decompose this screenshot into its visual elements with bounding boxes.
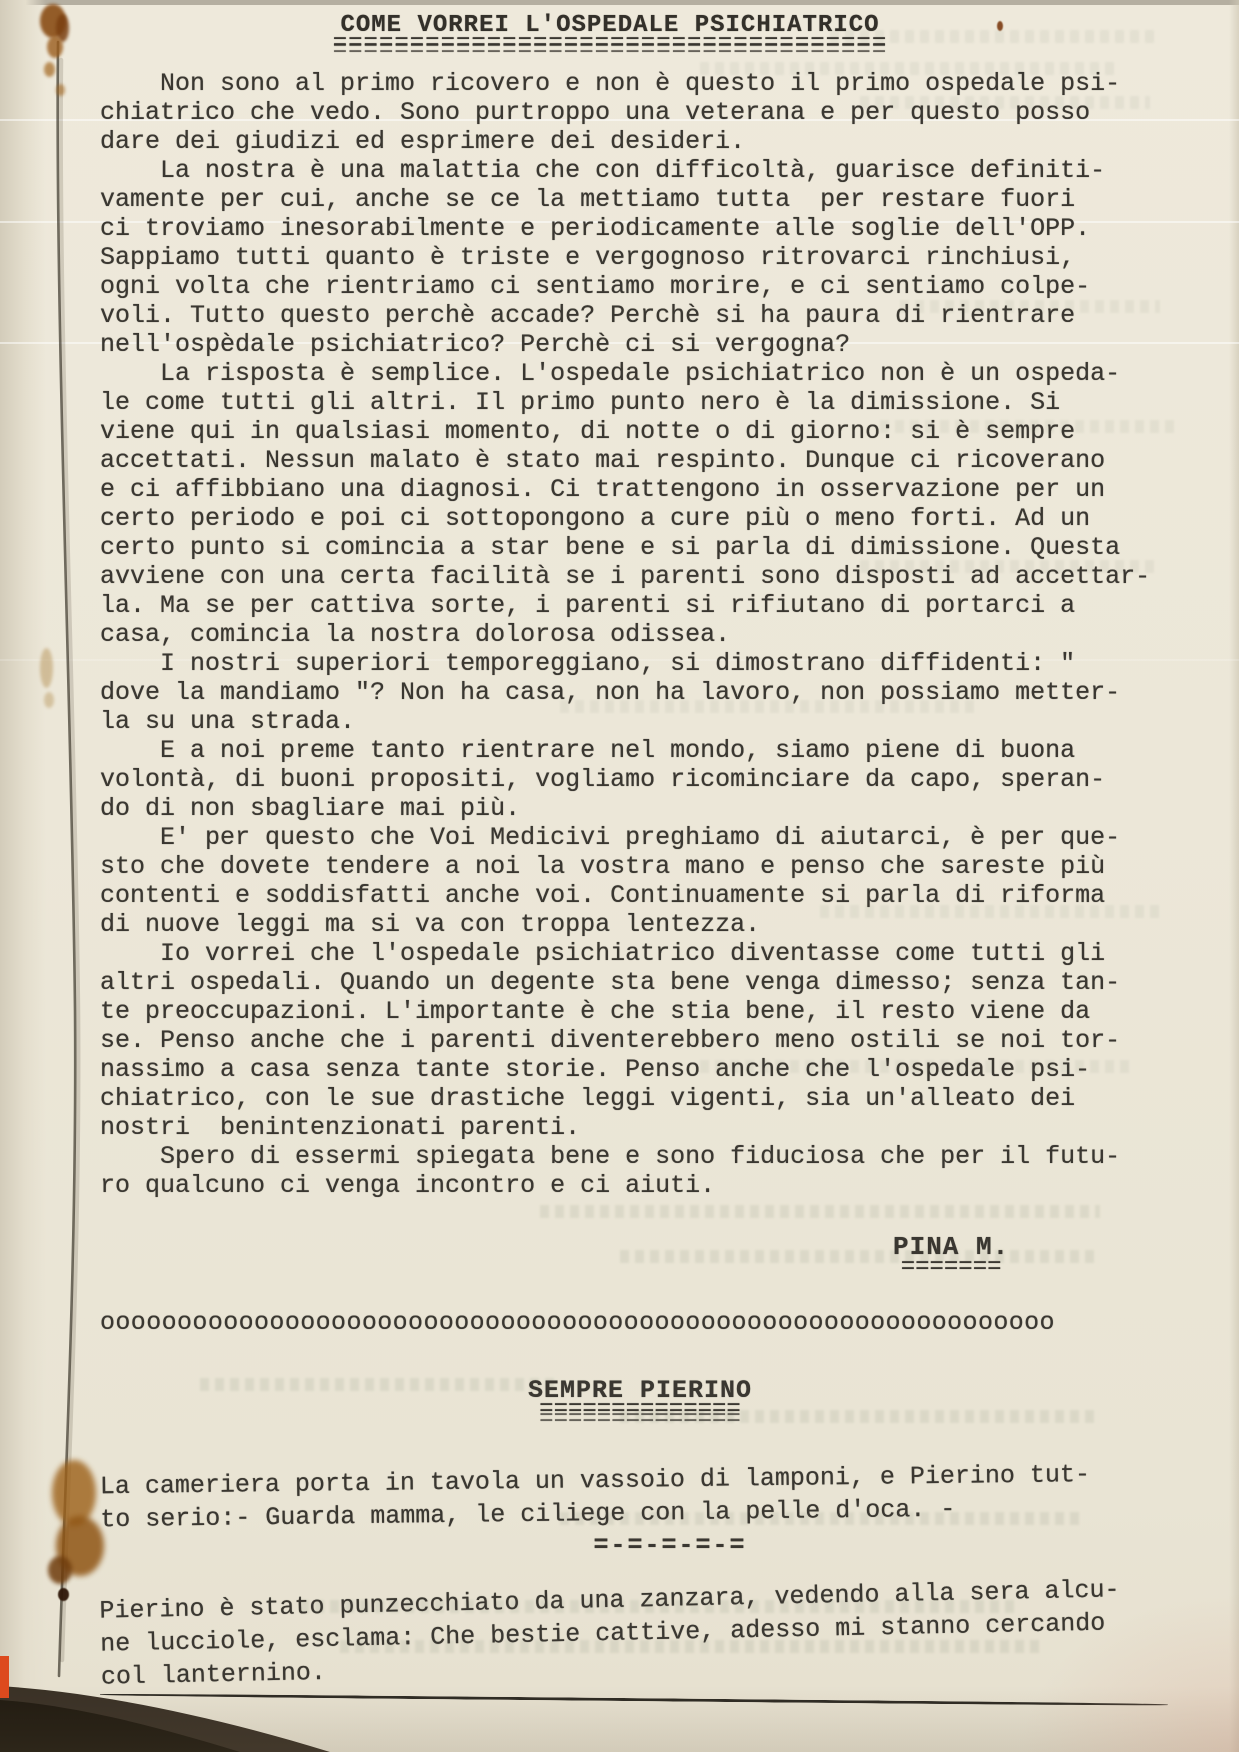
orange-edge-mark	[0, 1656, 9, 1698]
scanned-document-page: COME VORREI L'OSPEDALE PSICHIATRICO ====…	[0, 0, 1239, 1752]
bottom-shadow-wedge	[0, 0, 1239, 1752]
corner-tint	[1019, 1592, 1239, 1752]
